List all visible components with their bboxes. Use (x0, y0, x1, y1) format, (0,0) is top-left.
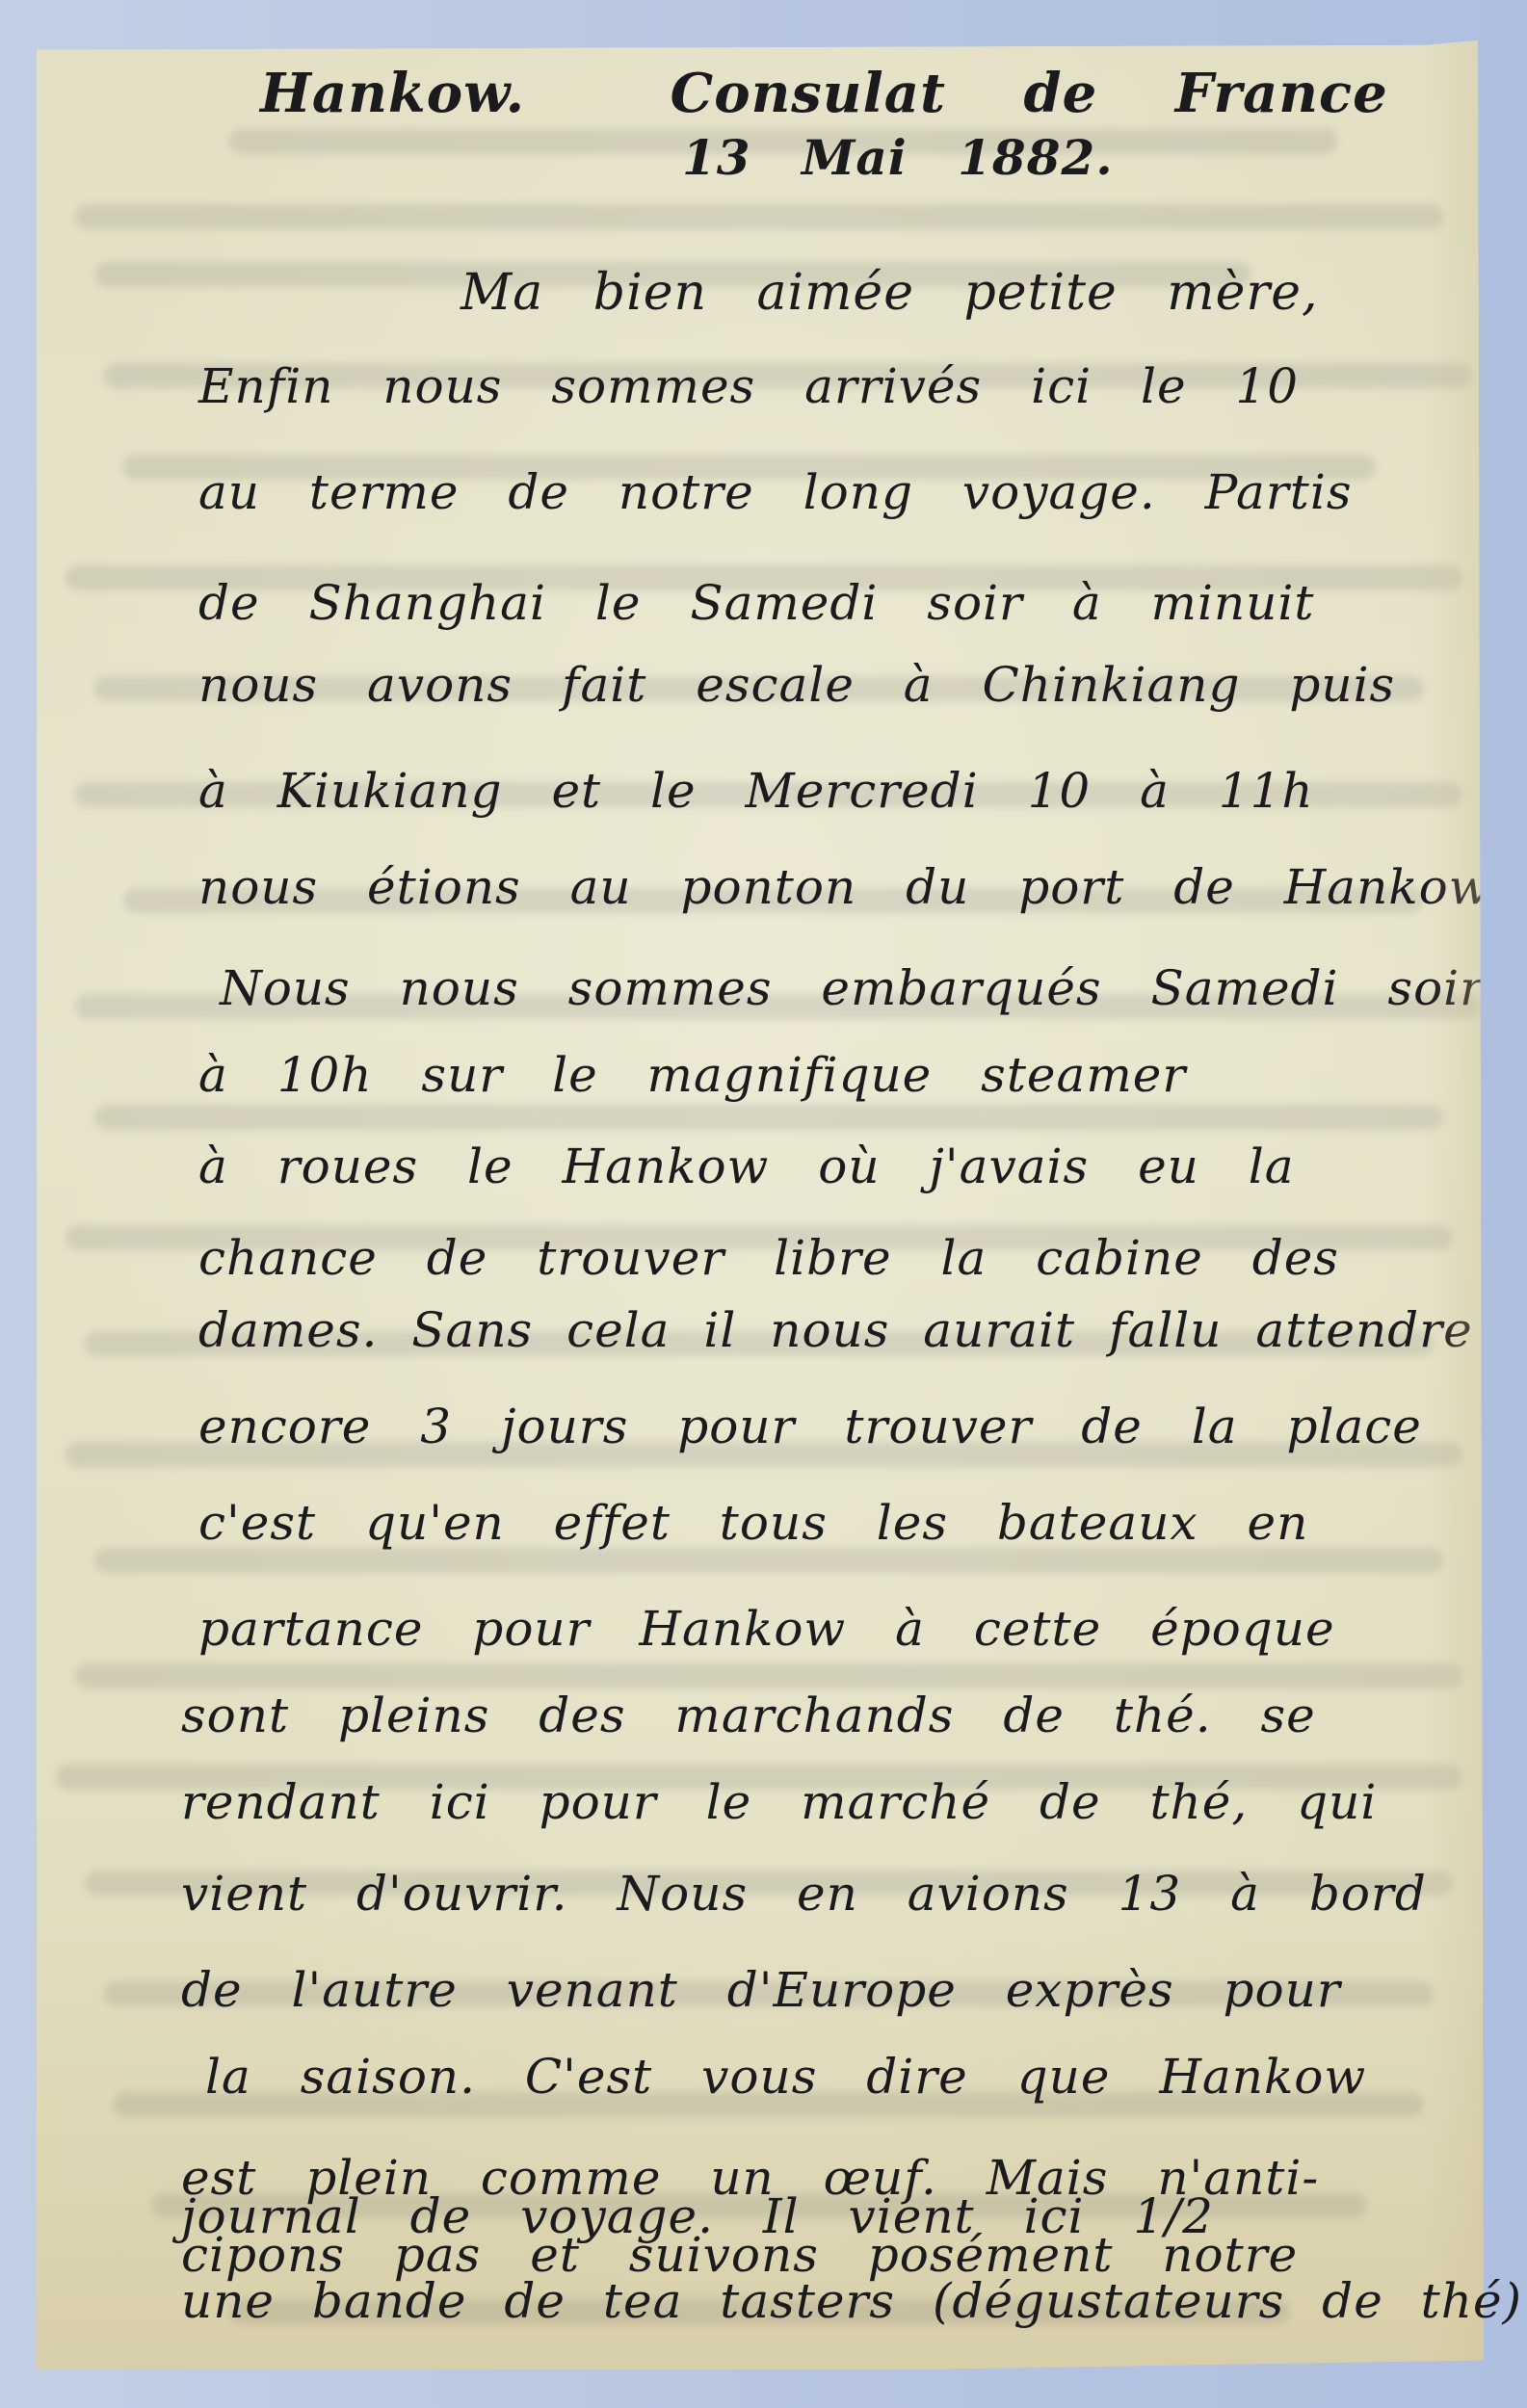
letter-line: dames. Sans cela il nous aurait fallu at… (198, 1302, 1473, 1358)
letter-line: au terme de notre long voyage. Partis (198, 464, 1353, 520)
letter-line: vient d'ouvrir. Nous en avions 13 à bord (181, 1866, 1427, 1922)
letter-salutation: Ma bien aimée petite mère, (461, 264, 1319, 322)
letter-line: chance de trouver libre la cabine des (198, 1230, 1339, 1286)
heading-institution: Consulat de France (671, 62, 1388, 125)
letter-line: une bande de tea tasters (dégustateurs d… (181, 2273, 1522, 2329)
letter-line: à Kiukiang et le Mercredi 10 à 11h (198, 763, 1314, 819)
letter-line: Nous nous sommes embarqués Samedi soir (220, 960, 1484, 1016)
letter-line: nous avons fait escale à Chinkiang puis (198, 657, 1395, 713)
letter-line: nous étions au ponton du port de Hankow. (198, 859, 1501, 915)
letter-heading: Hankow. Consulat de France (260, 62, 1388, 125)
letter-date: 13 Mai 1882. (682, 129, 1114, 186)
letter-line: c'est qu'en effet tous les bateaux en (198, 1495, 1308, 1551)
letter-line: partance pour Hankow à cette époque (198, 1601, 1335, 1657)
letter-line: de Shanghai le Samedi soir à minuit (198, 575, 1314, 631)
letter-line: rendant ici pour le marché de thé, qui (181, 1774, 1377, 1830)
letter-line: Enfin nous sommes arrivés ici le 10 (198, 358, 1299, 414)
heading-place: Hankow. (260, 62, 525, 125)
letter-line: journal de voyage. Il vient ici 1/2 (181, 2188, 1214, 2244)
letter-line: sont pleins des marchands de thé. se (181, 1688, 1316, 1743)
letter-line: à 10h sur le magnifique steamer (198, 1047, 1186, 1103)
letter-page: Hankow. Consulat de France 13 Mai 1882. … (37, 40, 1484, 2369)
letter-line: encore 3 jours pour trouver de la place (198, 1399, 1422, 1454)
letter-line: la saison. C'est vous dire que Hankow (205, 2049, 1366, 2105)
letter-line: de l'autre venant d'Europe exprès pour (181, 1962, 1341, 2018)
letter-line: à roues le Hankow où j'avais eu la (198, 1139, 1295, 1194)
